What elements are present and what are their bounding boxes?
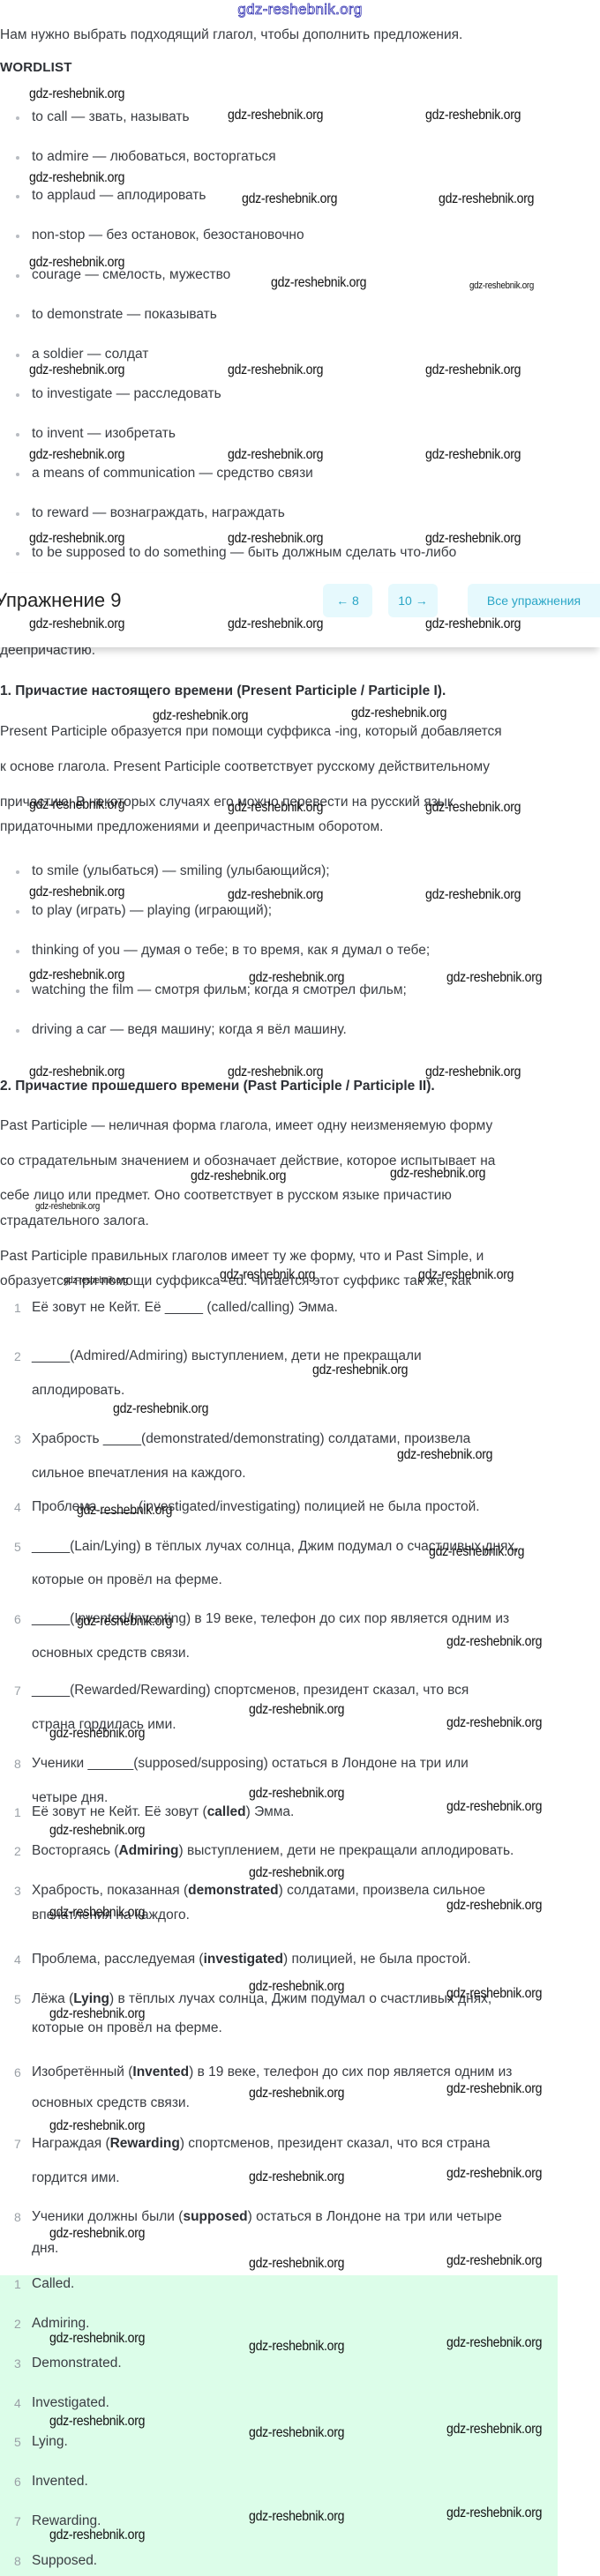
section2-heading: 2. Причастие прошедшего времени (Past Pa…	[0, 1079, 435, 1094]
task-item: 5_____(Lain/Lying) в тёплых лучах солнца…	[32, 1538, 518, 1556]
translation-item-cont: гордится ими.	[32, 2169, 120, 2187]
task-item: 6_____(Invented/Inventing) в 19 веке, те…	[32, 1610, 509, 1628]
watermark-text: gdz-reshebnik.org	[249, 2086, 344, 2102]
next-exercise-button[interactable]: 10 →	[388, 584, 438, 617]
watermark-text: gdz-reshebnik.org	[249, 2256, 344, 2272]
example-item: driving a car — ведя машину; когда я вёл…	[32, 1021, 347, 1039]
answer-item: 1Called.	[32, 2275, 74, 2293]
watermark-text: gdz-reshebnik.org	[249, 1786, 344, 1802]
watermark-text: gdz-reshebnik.org	[425, 887, 521, 903]
task-item-cont: сильное впечатления на каждого.	[32, 1465, 246, 1482]
watermark-text: gdz-reshebnik.org	[153, 708, 248, 724]
watermark-text: gdz-reshebnik.org	[49, 2226, 145, 2242]
translation-item: 3Храбрость, показанная (demonstrated) со…	[32, 1882, 485, 1900]
watermark-text: gdz-reshebnik.org	[446, 2253, 542, 2269]
wordlist-item: to admire — любоваться, восторгаться	[32, 148, 276, 166]
watermark-text: gdz-reshebnik.org	[113, 1401, 208, 1417]
watermark-text: gdz-reshebnik.org	[29, 362, 124, 378]
watermark-text: gdz-reshebnik.org	[425, 108, 521, 123]
wordlist-item: non-stop — без остановок, безостановочно	[32, 227, 304, 244]
task-item: 8Ученики ______(supposed/supposing) оста…	[32, 1755, 469, 1773]
watermark-text: gdz-reshebnik.org	[425, 1064, 521, 1080]
section2-line: Past Participle — неличная форма глагола…	[0, 1117, 492, 1135]
answer-item: 5Lying.	[32, 2433, 68, 2451]
wordlist-item: a means of communication — средство связ…	[32, 465, 313, 482]
example-item: to play (играть) — playing (играющий);	[32, 902, 272, 920]
task-item: 2_____(Admired/Admiring) выступлением, д…	[32, 1348, 422, 1365]
watermark-text: gdz-reshebnik.org	[49, 1823, 145, 1839]
wordlist-item: to invent — изобретать	[32, 425, 176, 443]
example-item: to smile (улыбаться) — smiling (улыбающи…	[32, 862, 330, 880]
watermark-text: gdz-reshebnik.org	[439, 191, 534, 207]
section2-line: себе лицо или предмет. Оно соответствует…	[0, 1187, 452, 1205]
translation-item-cont: впечатления на каждого.	[32, 1907, 190, 1924]
example-item: watching the film — смотря фильм; когда …	[32, 982, 407, 999]
watermark-text: gdz-reshebnik.org	[446, 1799, 542, 1815]
watermark-text: gdz-reshebnik.org	[469, 280, 534, 291]
wordlist-item: a soldier — солдат	[32, 346, 148, 363]
section1-line: к основе глагола. Present Participle соо…	[0, 758, 490, 776]
translation-item: 1Её зовут не Кейт. Её зовут (called) Эмм…	[32, 1803, 294, 1821]
task-item: 3Храбрость _____(demonstrated/demonstrat…	[32, 1430, 470, 1448]
answer-item: 7Rewarding.	[32, 2513, 101, 2530]
task-item: 4Проблема _____(investigated/investigati…	[32, 1498, 480, 1516]
watermark-text: gdz-reshebnik.org	[191, 1169, 286, 1184]
prev-exercise-button[interactable]: ← 8	[323, 584, 372, 617]
answer-item: 3Demonstrated.	[32, 2355, 122, 2372]
answer-item: 4Investigated.	[32, 2394, 109, 2412]
watermark-text: gdz-reshebnik.org	[29, 885, 124, 900]
watermark-text: gdz-reshebnik.org	[446, 1898, 542, 1914]
watermark-text: gdz-reshebnik.org	[228, 362, 323, 378]
watermark-text: gdz-reshebnik.org	[29, 86, 124, 102]
translation-item-cont: дня.	[32, 2240, 58, 2258]
task-item-cont: основных средств связи.	[32, 1645, 190, 1662]
wordlist-item: courage — смелость, мужество	[32, 266, 230, 284]
wordlist-item: to be supposed to do something — быть до…	[32, 544, 456, 562]
translation-item: 7Награждая (Rewarding) спортсменов, през…	[32, 2135, 490, 2153]
watermark-text: gdz-reshebnik.org	[446, 970, 542, 986]
wordlist-item: to demonstrate — показывать	[32, 306, 217, 324]
site-watermark-top: gdz-reshebnik.org	[0, 0, 600, 21]
translation-item: 5Лёжа (Lying) в тёплых лучах солнца, Джи…	[32, 1990, 491, 2008]
section1-line: придаточными предложениями и деепричастн…	[0, 818, 383, 836]
task-item-cont: которые он провёл на ферме.	[32, 1572, 222, 1589]
intro-text: Нам нужно выбрать подходящий глагол, что…	[0, 26, 462, 44]
section2-line: страдательного залога.	[0, 1213, 149, 1230]
translation-item: 8Ученики должны были (supposed) остаться…	[32, 2208, 502, 2226]
watermark-text: gdz-reshebnik.org	[29, 447, 124, 463]
wordlist-item: to call — звать, называть	[32, 108, 190, 126]
watermark-text: gdz-reshebnik.org	[29, 170, 124, 186]
task-item: 1Её зовут не Кейт. Её _____ (called/call…	[32, 1299, 338, 1317]
watermark-text: gdz-reshebnik.org	[242, 191, 337, 207]
watermark-text: gdz-reshebnik.org	[228, 447, 323, 463]
section3-line: образуется при помощи суффикса -ed. Чита…	[0, 1273, 471, 1290]
watermark-text: gdz-reshebnik.org	[446, 1634, 542, 1650]
answer-item: 8Supposed.	[32, 2552, 97, 2570]
wordlist-title: WORDLIST	[0, 60, 72, 75]
translation-item: 2Восторгаясь (Admiring) выступлением, де…	[32, 1842, 514, 1860]
answer-item: 2Admiring.	[32, 2315, 89, 2333]
watermark-text: gdz-reshebnik.org	[397, 1447, 492, 1463]
exercise-header: Упражнение 9 ← 8 10 → Все упражнения	[0, 573, 600, 647]
translation-item: 4Проблема, расследуемая (investigated) п…	[32, 1951, 471, 1968]
watermark-text: gdz-reshebnik.org	[249, 1702, 344, 1718]
section3-line: Past Participle правильных глаголов имее…	[0, 1248, 484, 1266]
section1-line: Present Participle образуется при помощи…	[0, 723, 502, 741]
section1-heading: 1. Причастие настоящего времени (Present…	[0, 683, 446, 699]
all-exercises-button[interactable]: Все упражнения	[468, 584, 600, 617]
watermark-text: gdz-reshebnik.org	[271, 275, 366, 291]
watermark-text: gdz-reshebnik.org	[249, 1865, 344, 1881]
wordlist-item: to applaud — аплодировать	[32, 187, 206, 205]
watermark-text: gdz-reshebnik.org	[425, 362, 521, 378]
translation-item-cont: основных средств связи.	[32, 2094, 190, 2112]
watermark-text: gdz-reshebnik.org	[425, 447, 521, 463]
watermark-text: gdz-reshebnik.org	[228, 887, 323, 903]
watermark-text: gdz-reshebnik.org	[446, 2166, 542, 2182]
section1-line: причастию. В некоторых случаях его можно…	[0, 794, 454, 811]
translation-item-cont: которые он провёл на ферме.	[32, 2020, 222, 2037]
task-item-cont: страна гордилась ими.	[32, 1716, 176, 1734]
section2-line: со страдательным значением и обозначает …	[0, 1153, 495, 1170]
watermark-text: gdz-reshebnik.org	[249, 2169, 344, 2185]
example-item: thinking of you — думая о тебе; в то вре…	[32, 942, 430, 959]
watermark-text: gdz-reshebnik.org	[351, 706, 446, 721]
task-item: 7_____(Rewarded/Rewarding) спортсменов, …	[32, 1682, 469, 1699]
wordlist-item: to reward — вознаграждать, награждать	[32, 504, 285, 522]
exercise-title: Упражнение 9	[0, 589, 122, 612]
watermark-text: gdz-reshebnik.org	[228, 108, 323, 123]
watermark-text: gdz-reshebnik.org	[49, 2118, 145, 2134]
answer-item: 6Invented.	[32, 2473, 88, 2490]
watermark-text: gdz-reshebnik.org	[446, 1715, 542, 1731]
task-item-cont: аплодировать.	[32, 1382, 124, 1400]
wordlist-item: to investigate — расследовать	[32, 385, 221, 403]
watermark-text: gdz-reshebnik.org	[446, 2081, 542, 2097]
translation-item: 6Изобретённый (Invented) в 19 веке, теле…	[32, 2064, 512, 2081]
